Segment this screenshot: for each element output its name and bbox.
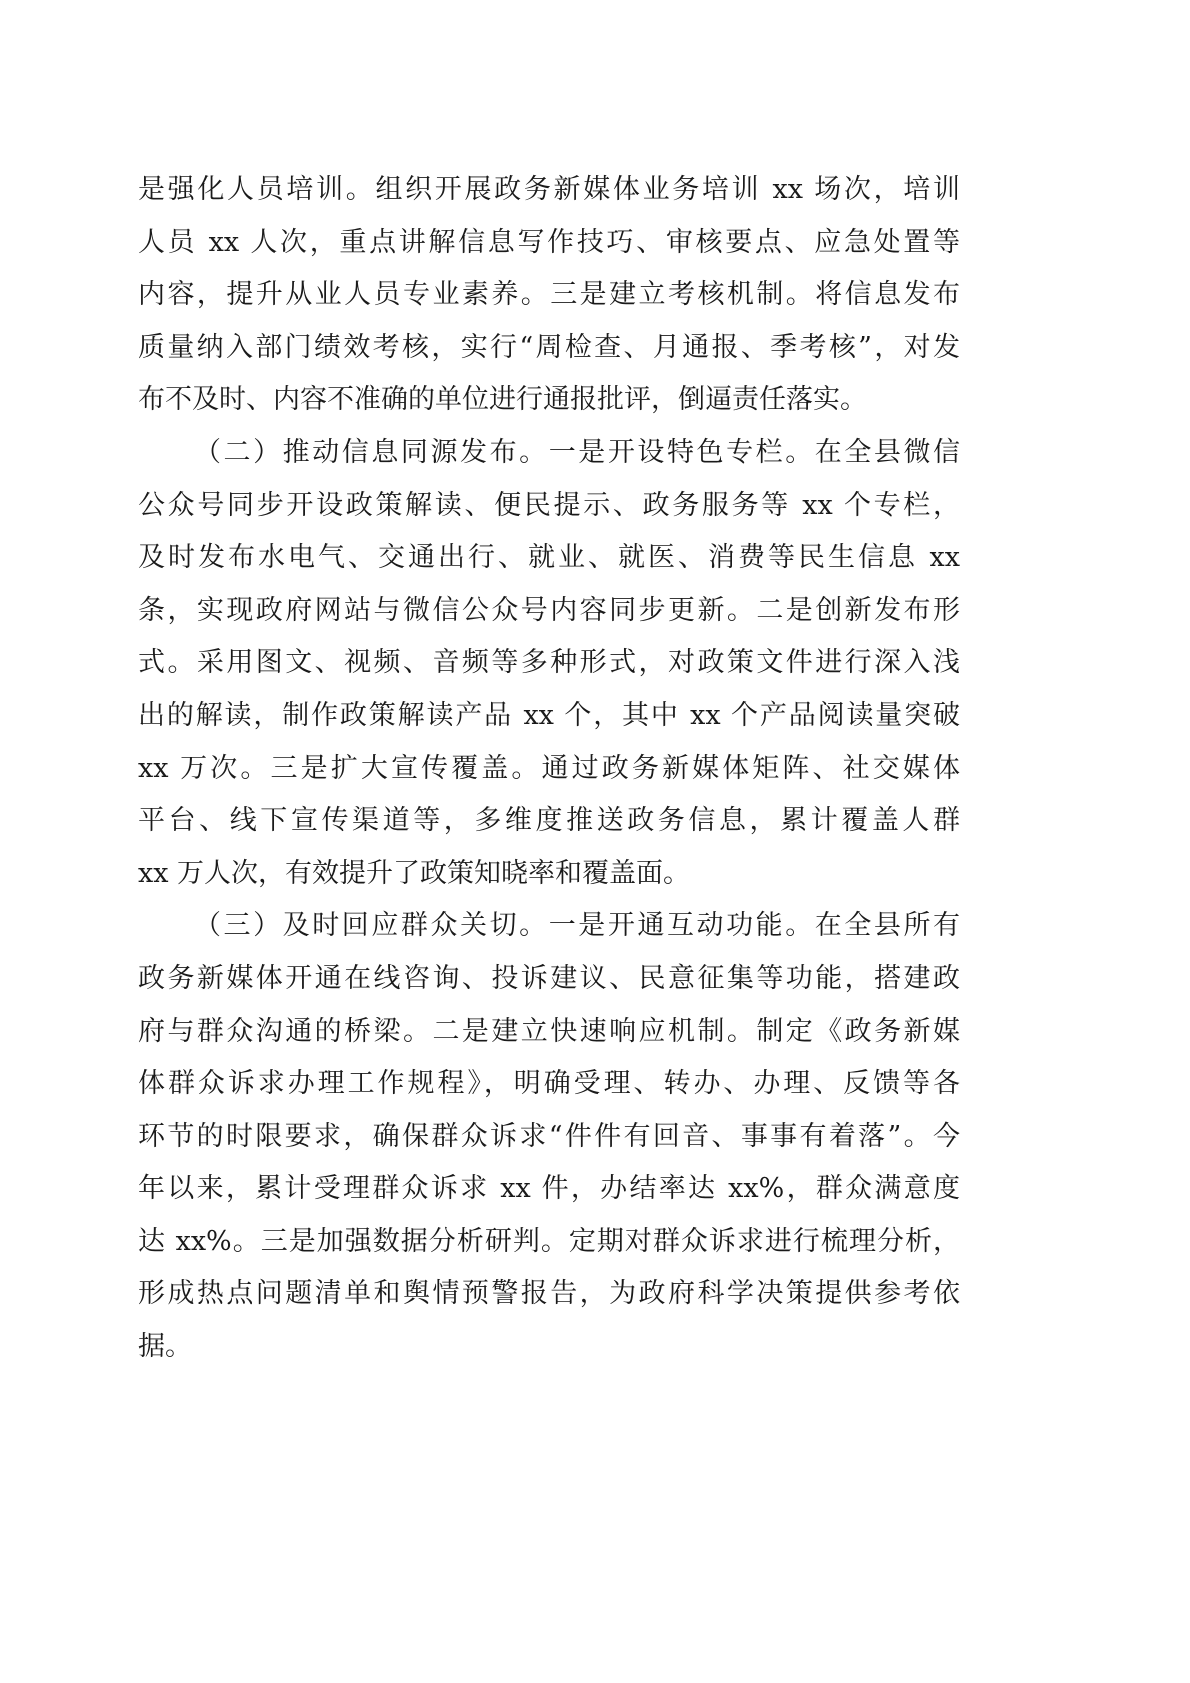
paragraph-training-assessment: 是强化人员培训。组织开展政务新媒体业务培训 xx 场次，培训 人员 xx 人次，… [138,164,960,427]
text-line: 条，实现政府网站与微信公众号内容同步更新。二是创新发布形 [138,585,960,638]
section-heading-line: （三）及时回应群众关切。一是开通互动功能。在全县所有 [138,900,960,953]
text-line: 形成热点问题清单和舆情预警报告，为政府科学决策提供参考依 [138,1268,960,1321]
text-line: 据。 [138,1321,960,1374]
document-page: 是强化人员培训。组织开展政务新媒体业务培训 xx 场次，培训 人员 xx 人次，… [0,0,1190,1683]
text-line: 府与群众沟通的桥梁。二是建立快速响应机制。制定《政务新媒 [138,1006,960,1059]
text-line: 及时发布水电气、交通出行、就业、就医、消费等民生信息 xx [138,532,960,585]
text-line: 体群众诉求办理工作规程》，明确受理、转办、办理、反馈等各 [138,1058,960,1111]
text-line: 平台、线下宣传渠道等，多维度推送政务信息，累计覆盖人群 [138,795,960,848]
text-line: 达 xx%。三是加强数据分析研判。定期对群众诉求进行梳理分析， [138,1216,960,1269]
document-body: 是强化人员培训。组织开展政务新媒体业务培训 xx 场次，培训 人员 xx 人次，… [138,164,960,1374]
text-line: xx 万人次，有效提升了政策知晓率和覆盖面。 [138,848,960,901]
text-line: xx 万次。三是扩大宣传覆盖。通过政务新媒体矩阵、社交媒体 [138,743,960,796]
text-line: 出的解读，制作政策解读产品 xx 个，其中 xx 个产品阅读量突破 [138,690,960,743]
paragraph-section-three-public-response: （三）及时回应群众关切。一是开通互动功能。在全县所有 政务新媒体开通在线咨询、投… [138,900,960,1373]
paragraph-section-two-same-source-release: （二）推动信息同源发布。一是开设特色专栏。在全县微信 公众号同步开设政策解读、便… [138,427,960,900]
text-line: 环节的时限要求，确保群众诉求“件件有回音、事事有着落”。今 [138,1111,960,1164]
text-line: 公众号同步开设政策解读、便民提示、政务服务等 xx 个专栏， [138,480,960,533]
section-heading-line: （二）推动信息同源发布。一是开设特色专栏。在全县微信 [138,427,960,480]
text-line: 式。采用图文、视频、音频等多种形式，对政策文件进行深入浅 [138,637,960,690]
text-line: 人员 xx 人次，重点讲解信息写作技巧、审核要点、应急处置等 [138,217,960,270]
text-line: 年以来，累计受理群众诉求 xx 件，办结率达 xx%，群众满意度 [138,1163,960,1216]
text-line: 质量纳入部门绩效考核，实行“周检查、月通报、季考核”，对发 [138,322,960,375]
text-line: 内容，提升从业人员专业素养。三是建立考核机制。将信息发布 [138,269,960,322]
text-line: 布不及时、内容不准确的单位进行通报批评，倒逼责任落实。 [138,374,960,427]
text-line: 政务新媒体开通在线咨询、投诉建议、民意征集等功能，搭建政 [138,953,960,1006]
text-line: 是强化人员培训。组织开展政务新媒体业务培训 xx 场次，培训 [138,164,960,217]
